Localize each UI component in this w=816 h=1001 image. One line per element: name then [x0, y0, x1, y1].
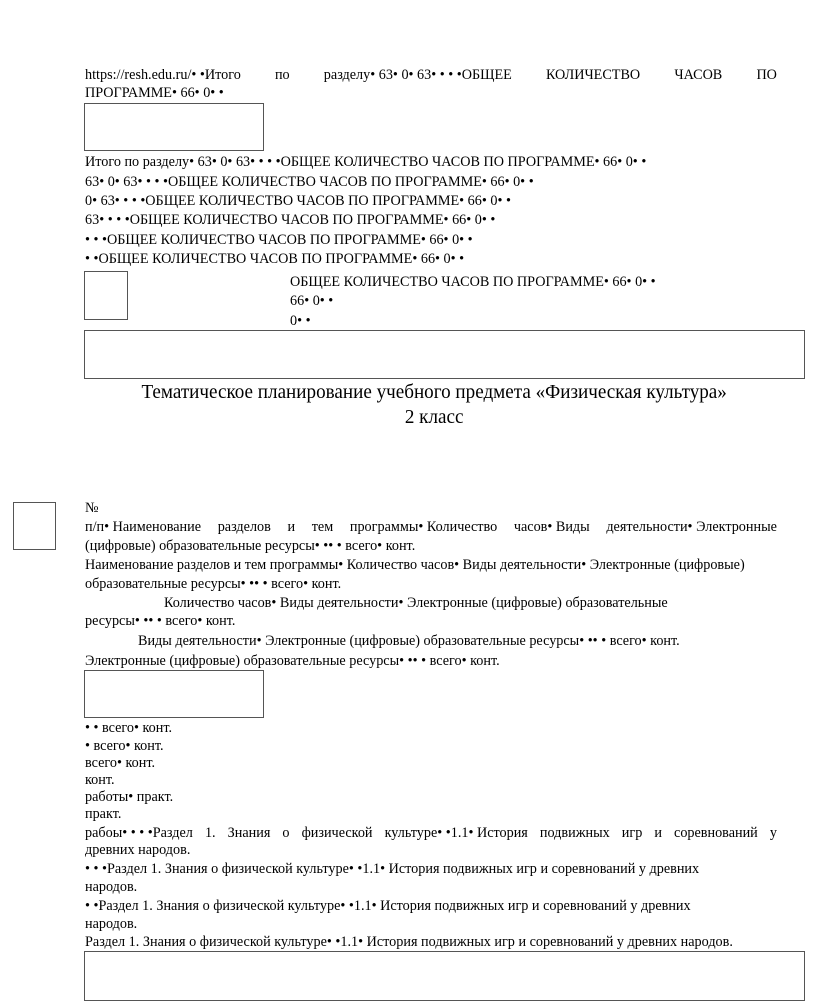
sub-header-5: работы• практ. — [85, 788, 173, 806]
empty-frame-3 — [84, 330, 805, 379]
page-subtitle: 2 класс — [0, 406, 816, 430]
totals-line-1: Итого по разделу• 63• 0• 63• • • •ОБЩЕЕ … — [85, 153, 646, 171]
table-header-row-3: Наименование разделов и тем программы• К… — [85, 556, 745, 574]
sub-header-1: • • всего• конт. — [85, 719, 172, 737]
table-header-row-5: Количество часов• Виды деятельности• Эле… — [164, 594, 668, 612]
empty-frame-6 — [84, 951, 805, 1001]
sub-header-4: конт. — [85, 771, 115, 789]
section-line-6: народов. — [85, 915, 137, 933]
header-url-part: https://resh.edu.ru/• •Итого — [85, 66, 241, 84]
section-line-4: народов. — [85, 878, 137, 896]
table-header-row-8: Электронные (цифровые) образовательные р… — [85, 652, 500, 670]
empty-frame-4 — [13, 502, 56, 550]
indented-total-3: 0• • — [290, 312, 311, 330]
totals-line-6: • •ОБЩЕЕ КОЛИЧЕСТВО ЧАСОВ ПО ПРОГРАММЕ• … — [85, 250, 464, 268]
indented-total-2: 66• 0• • — [290, 292, 333, 310]
sub-header-3: всего• конт. — [85, 754, 155, 772]
sub-header-2: • всего• конт. — [85, 737, 164, 755]
table-header-row-6: ресурсы• •• • всего• конт. — [85, 612, 235, 630]
totals-line-3: 0• 63• • • •ОБЩЕЕ КОЛИЧЕСТВО ЧАСОВ ПО ПР… — [85, 192, 511, 210]
header-line-1: https://resh.edu.ru/• •Итого по разделу•… — [85, 66, 777, 84]
empty-frame-2 — [84, 271, 128, 320]
table-header-row-2: (цифровые) образовательные ресурсы• •• •… — [85, 537, 415, 555]
page-title: Тематическое планирование учебного предм… — [0, 381, 816, 405]
table-header-row-4: образовательные ресурсы• •• • всего• кон… — [85, 575, 341, 593]
section-line-2: древних народов. — [85, 841, 190, 859]
section-line-3: • • •Раздел 1. Знания о физической культ… — [85, 860, 699, 878]
empty-frame-1 — [84, 103, 264, 151]
number-sign: № — [85, 499, 99, 517]
totals-line-5: • • •ОБЩЕЕ КОЛИЧЕСТВО ЧАСОВ ПО ПРОГРАММЕ… — [85, 231, 473, 249]
empty-frame-5 — [84, 670, 264, 718]
header-line-2: ПРОГРАММЕ• 66• 0• • — [85, 84, 224, 102]
totals-line-4: 63• • • •ОБЩЕЕ КОЛИЧЕСТВО ЧАСОВ ПО ПРОГР… — [85, 211, 495, 229]
table-header-row-1: п/п• Наименование разделов и тем програм… — [85, 518, 777, 536]
section-line-5: • •Раздел 1. Знания о физической культур… — [85, 897, 691, 915]
table-header-row-7: Виды деятельности• Электронные (цифровые… — [138, 632, 680, 650]
section-line-7: Раздел 1. Знания о физической культуре• … — [85, 933, 733, 951]
totals-line-2: 63• 0• 63• • • •ОБЩЕЕ КОЛИЧЕСТВО ЧАСОВ П… — [85, 173, 534, 191]
indented-total-1: ОБЩЕЕ КОЛИЧЕСТВО ЧАСОВ ПО ПРОГРАММЕ• 66•… — [290, 273, 656, 291]
sub-header-6: практ. — [85, 805, 121, 823]
section-line-1: рабоы• • • •Раздел 1. Знания о физическо… — [85, 824, 777, 842]
